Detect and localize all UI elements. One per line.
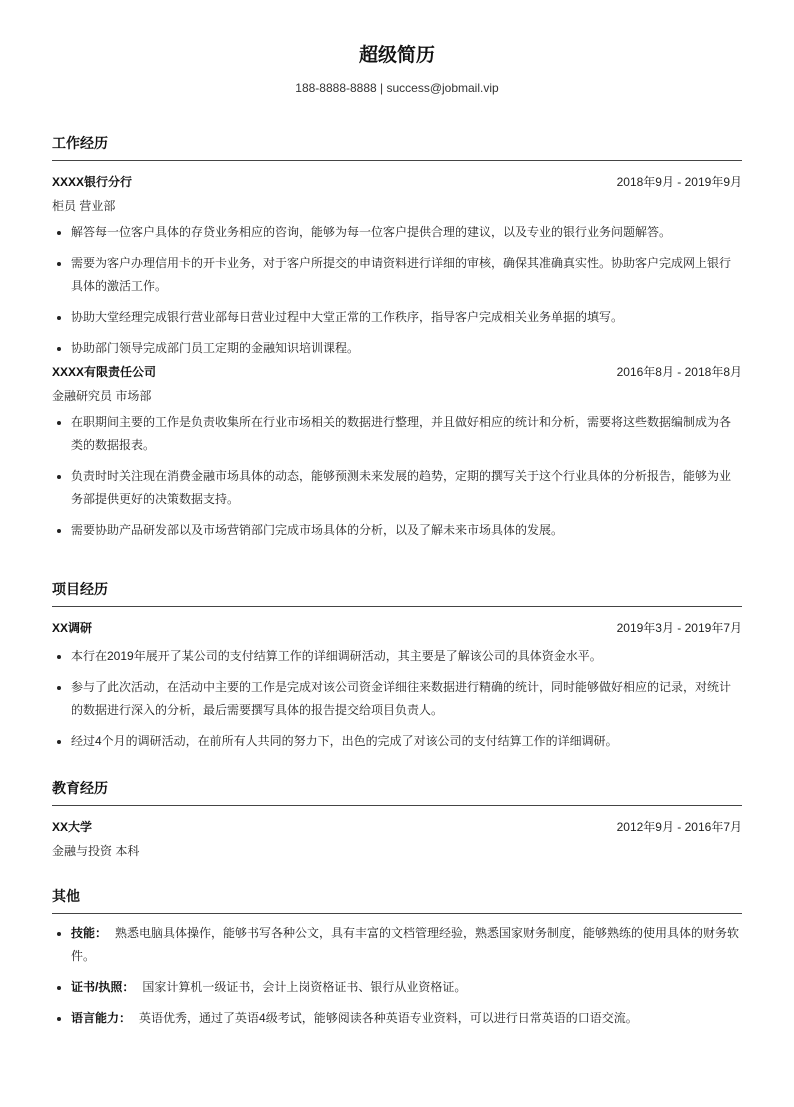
section-divider xyxy=(52,913,742,914)
item-label: 语言能力： xyxy=(71,1011,131,1025)
employer-name: XXXX有限责任公司 xyxy=(52,363,156,380)
responsibility-list: 解答每一位客户具体的存贷业务相应的咨询，能够为每一位客户提供合理的建议，以及专业… xyxy=(52,221,742,360)
project-entry: XX调研 2019年3月 - 2019年7月 本行在2019年展开了某公司的支付… xyxy=(52,617,742,753)
item-text: 国家计算机一级证书，会计上岗资格证书、银行从业资格证。 xyxy=(142,980,466,994)
section-title: 工作经历 xyxy=(52,132,742,154)
language-item: 语言能力：英语优秀，通过了英语4级考试，能够阅读各种英语专业资料，可以进行日常英… xyxy=(52,1007,742,1030)
item-text: 熟悉电脑具体操作，能够书写各种公文，具有丰富的文档管理经验，熟悉国家财务制度，能… xyxy=(71,926,739,963)
list-item: 经过4个月的调研活动，在前所有人共同的努力下，出色的完成了对该公司的支付结算工作… xyxy=(52,730,742,753)
major-degree: 金融与投资 本科 xyxy=(52,841,742,861)
resume-page: 超级简历 188-8888-8888 | success@jobmail.vip… xyxy=(52,0,742,97)
responsibility-list: 在职期间主要的工作是负责收集所在行业市场相关的数据进行整理，并且做好相应的统计和… xyxy=(52,411,742,542)
section-divider xyxy=(52,606,742,607)
list-item: 在职期间主要的工作是负责收集所在行业市场相关的数据进行整理，并且做好相应的统计和… xyxy=(52,411,742,457)
list-item: 参与了此次活动，在活动中主要的工作是完成对该公司资金详细往来数据进行精确的统计，… xyxy=(52,676,742,722)
section-projects: 项目经历 XX调研 2019年3月 - 2019年7月 本行在2019年展开了某… xyxy=(52,578,742,761)
other-list: 技能：熟悉电脑具体操作，能够书写各种公文，具有丰富的文档管理经验，熟悉国家财务制… xyxy=(52,922,742,1030)
section-other: 其他 技能：熟悉电脑具体操作，能够书写各种公文，具有丰富的文档管理经验，熟悉国家… xyxy=(52,885,742,1038)
school-name: XX大学 xyxy=(52,818,92,835)
candidate-name: 超级简历 xyxy=(52,43,742,69)
list-item: 协助部门领导完成部门员工定期的金融知识培训课程。 xyxy=(52,337,742,360)
work-entry: XXXX银行分行 2018年9月 - 2019年9月 柜员 营业部 解答每一位客… xyxy=(52,171,742,360)
list-item: 需要协助产品研发部以及市场营销部门完成市场具体的分析，以及了解未来市场具体的发展… xyxy=(52,519,742,542)
employment-date: 2016年8月 - 2018年8月 xyxy=(617,363,742,380)
resume-header: 超级简历 188-8888-8888 | success@jobmail.vip xyxy=(52,0,742,97)
education-date: 2012年9月 - 2016年7月 xyxy=(617,818,742,835)
item-label: 证书/执照： xyxy=(71,980,134,994)
section-education: 教育经历 XX大学 2012年9月 - 2016年7月 金融与投资 本科 xyxy=(52,777,742,861)
employer-name: XXXX银行分行 xyxy=(52,173,132,190)
project-name: XX调研 xyxy=(52,619,92,636)
skills-item: 技能：熟悉电脑具体操作，能够书写各种公文，具有丰富的文档管理经验，熟悉国家财务制… xyxy=(52,922,742,968)
section-work-experience: 工作经历 XXXX银行分行 2018年9月 - 2019年9月 柜员 营业部 解… xyxy=(52,132,742,550)
job-role: 柜员 营业部 xyxy=(52,196,742,216)
certificates-item: 证书/执照：国家计算机一级证书，会计上岗资格证书、银行从业资格证。 xyxy=(52,976,742,999)
list-item: 需要为客户办理信用卡的开卡业务，对于客户所提交的申请资料进行详细的审核，确保其准… xyxy=(52,252,742,298)
contact-info: 188-8888-8888 | success@jobmail.vip xyxy=(52,80,742,97)
list-item: 解答每一位客户具体的存贷业务相应的咨询，能够为每一位客户提供合理的建议，以及专业… xyxy=(52,221,742,244)
list-item: 负责时时关注现在消费金融市场具体的动态，能够预测未来发展的趋势，定期的撰写关于这… xyxy=(52,465,742,511)
project-detail-list: 本行在2019年展开了某公司的支付结算工作的详细调研活动，其主要是了解该公司的具… xyxy=(52,645,742,753)
list-item: 协助大堂经理完成银行营业部每日营业过程中大堂正常的工作秩序，指导客户完成相关业务… xyxy=(52,306,742,329)
section-divider xyxy=(52,805,742,806)
education-entry: XX大学 2012年9月 - 2016年7月 金融与投资 本科 xyxy=(52,816,742,861)
item-label: 技能： xyxy=(71,926,107,940)
section-title: 其他 xyxy=(52,885,742,907)
project-date: 2019年3月 - 2019年7月 xyxy=(617,619,742,636)
item-text: 英语优秀，通过了英语4级考试，能够阅读各种英语专业资料，可以进行日常英语的口语交… xyxy=(139,1011,638,1025)
section-title: 教育经历 xyxy=(52,777,742,799)
section-title: 项目经历 xyxy=(52,578,742,600)
section-divider xyxy=(52,160,742,161)
job-role: 金融研究员 市场部 xyxy=(52,386,742,406)
work-entry: XXXX有限责任公司 2016年8月 - 2018年8月 金融研究员 市场部 在… xyxy=(52,361,742,542)
list-item: 本行在2019年展开了某公司的支付结算工作的详细调研活动，其主要是了解该公司的具… xyxy=(52,645,742,668)
employment-date: 2018年9月 - 2019年9月 xyxy=(617,173,742,190)
